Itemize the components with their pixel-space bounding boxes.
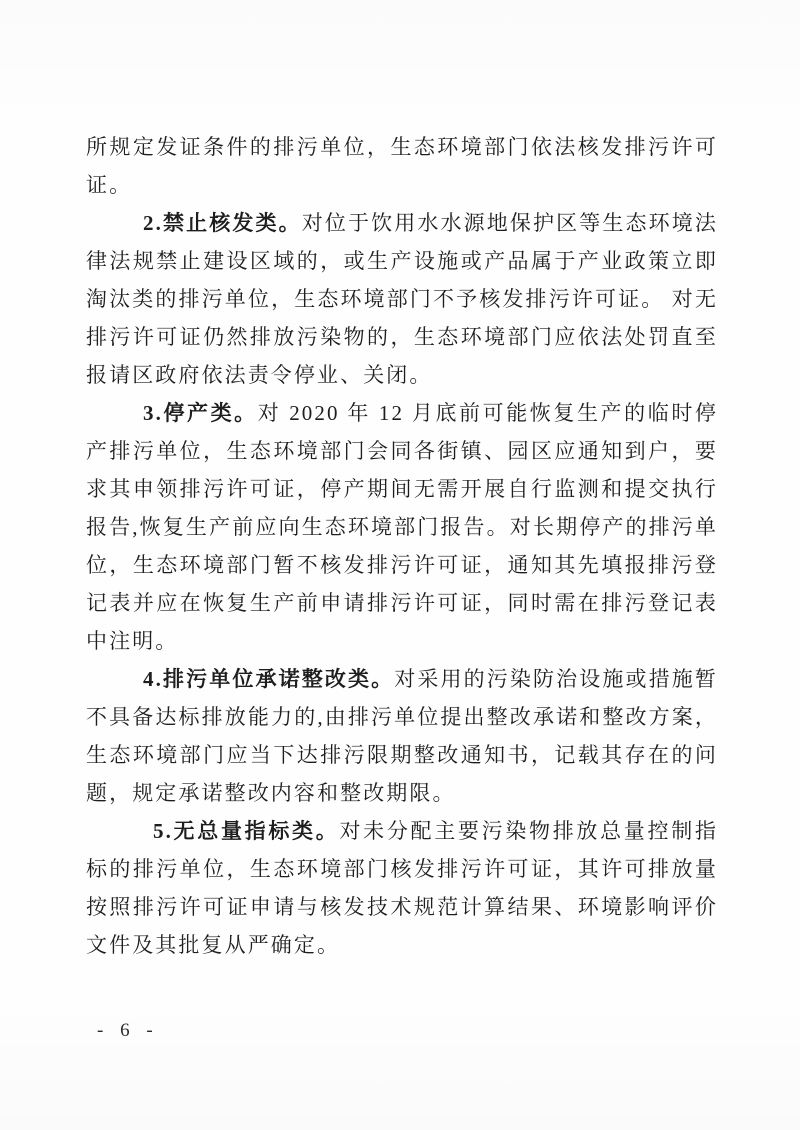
paragraph-item-3-production-halt: 3.停产类。对 2020 年 12 月底前可能恢复生产的临时停产排污单位，生态环… — [86, 394, 718, 660]
paragraph-text: 对 2020 年 12 月底前可能恢复生产的临时停产排污单位，生态环境部门会同各… — [86, 401, 718, 653]
paragraph-text: 所规定发证条件的排污单位，生态环境部门依法核发排污许可证。 — [86, 135, 718, 197]
paragraph-item-4-rectification-commitment: 4.排污单位承诺整改类。对采用的污染防治设施或措施暂不具备达标排放能力的,由排污… — [86, 660, 718, 812]
paragraph-heading: 2.禁止核发类。 — [143, 211, 302, 235]
paragraph-text: 对位于饮用水水源地保护区等生态环境法律法规禁止建设区域的，或生产设施或产品属于产… — [86, 211, 718, 387]
paragraph-heading: 5.无总量指标类。 — [153, 819, 339, 843]
page-number: - 6 - — [97, 1020, 159, 1042]
paragraph-heading: 3.停产类。 — [143, 401, 258, 425]
paragraph-item-2-prohibited-issuance: 2.禁止核发类。对位于饮用水水源地保护区等生态环境法律法规禁止建设区域的，或生产… — [86, 204, 718, 394]
document-body: 所规定发证条件的排污单位，生态环境部门依法核发排污许可证。 2.禁止核发类。对位… — [86, 128, 718, 964]
paragraph-continuation: 所规定发证条件的排污单位，生态环境部门依法核发排污许可证。 — [86, 128, 718, 204]
scanned-document-page: 所规定发证条件的排污单位，生态环境部门依法核发排污许可证。 2.禁止核发类。对位… — [0, 0, 800, 1130]
paragraph-item-5-no-total-quota: 5.无总量指标类。对未分配主要污染物排放总量控制指标的排污单位，生态环境部门核发… — [86, 812, 718, 964]
paragraph-heading: 4.排污单位承诺整改类。 — [143, 667, 394, 691]
